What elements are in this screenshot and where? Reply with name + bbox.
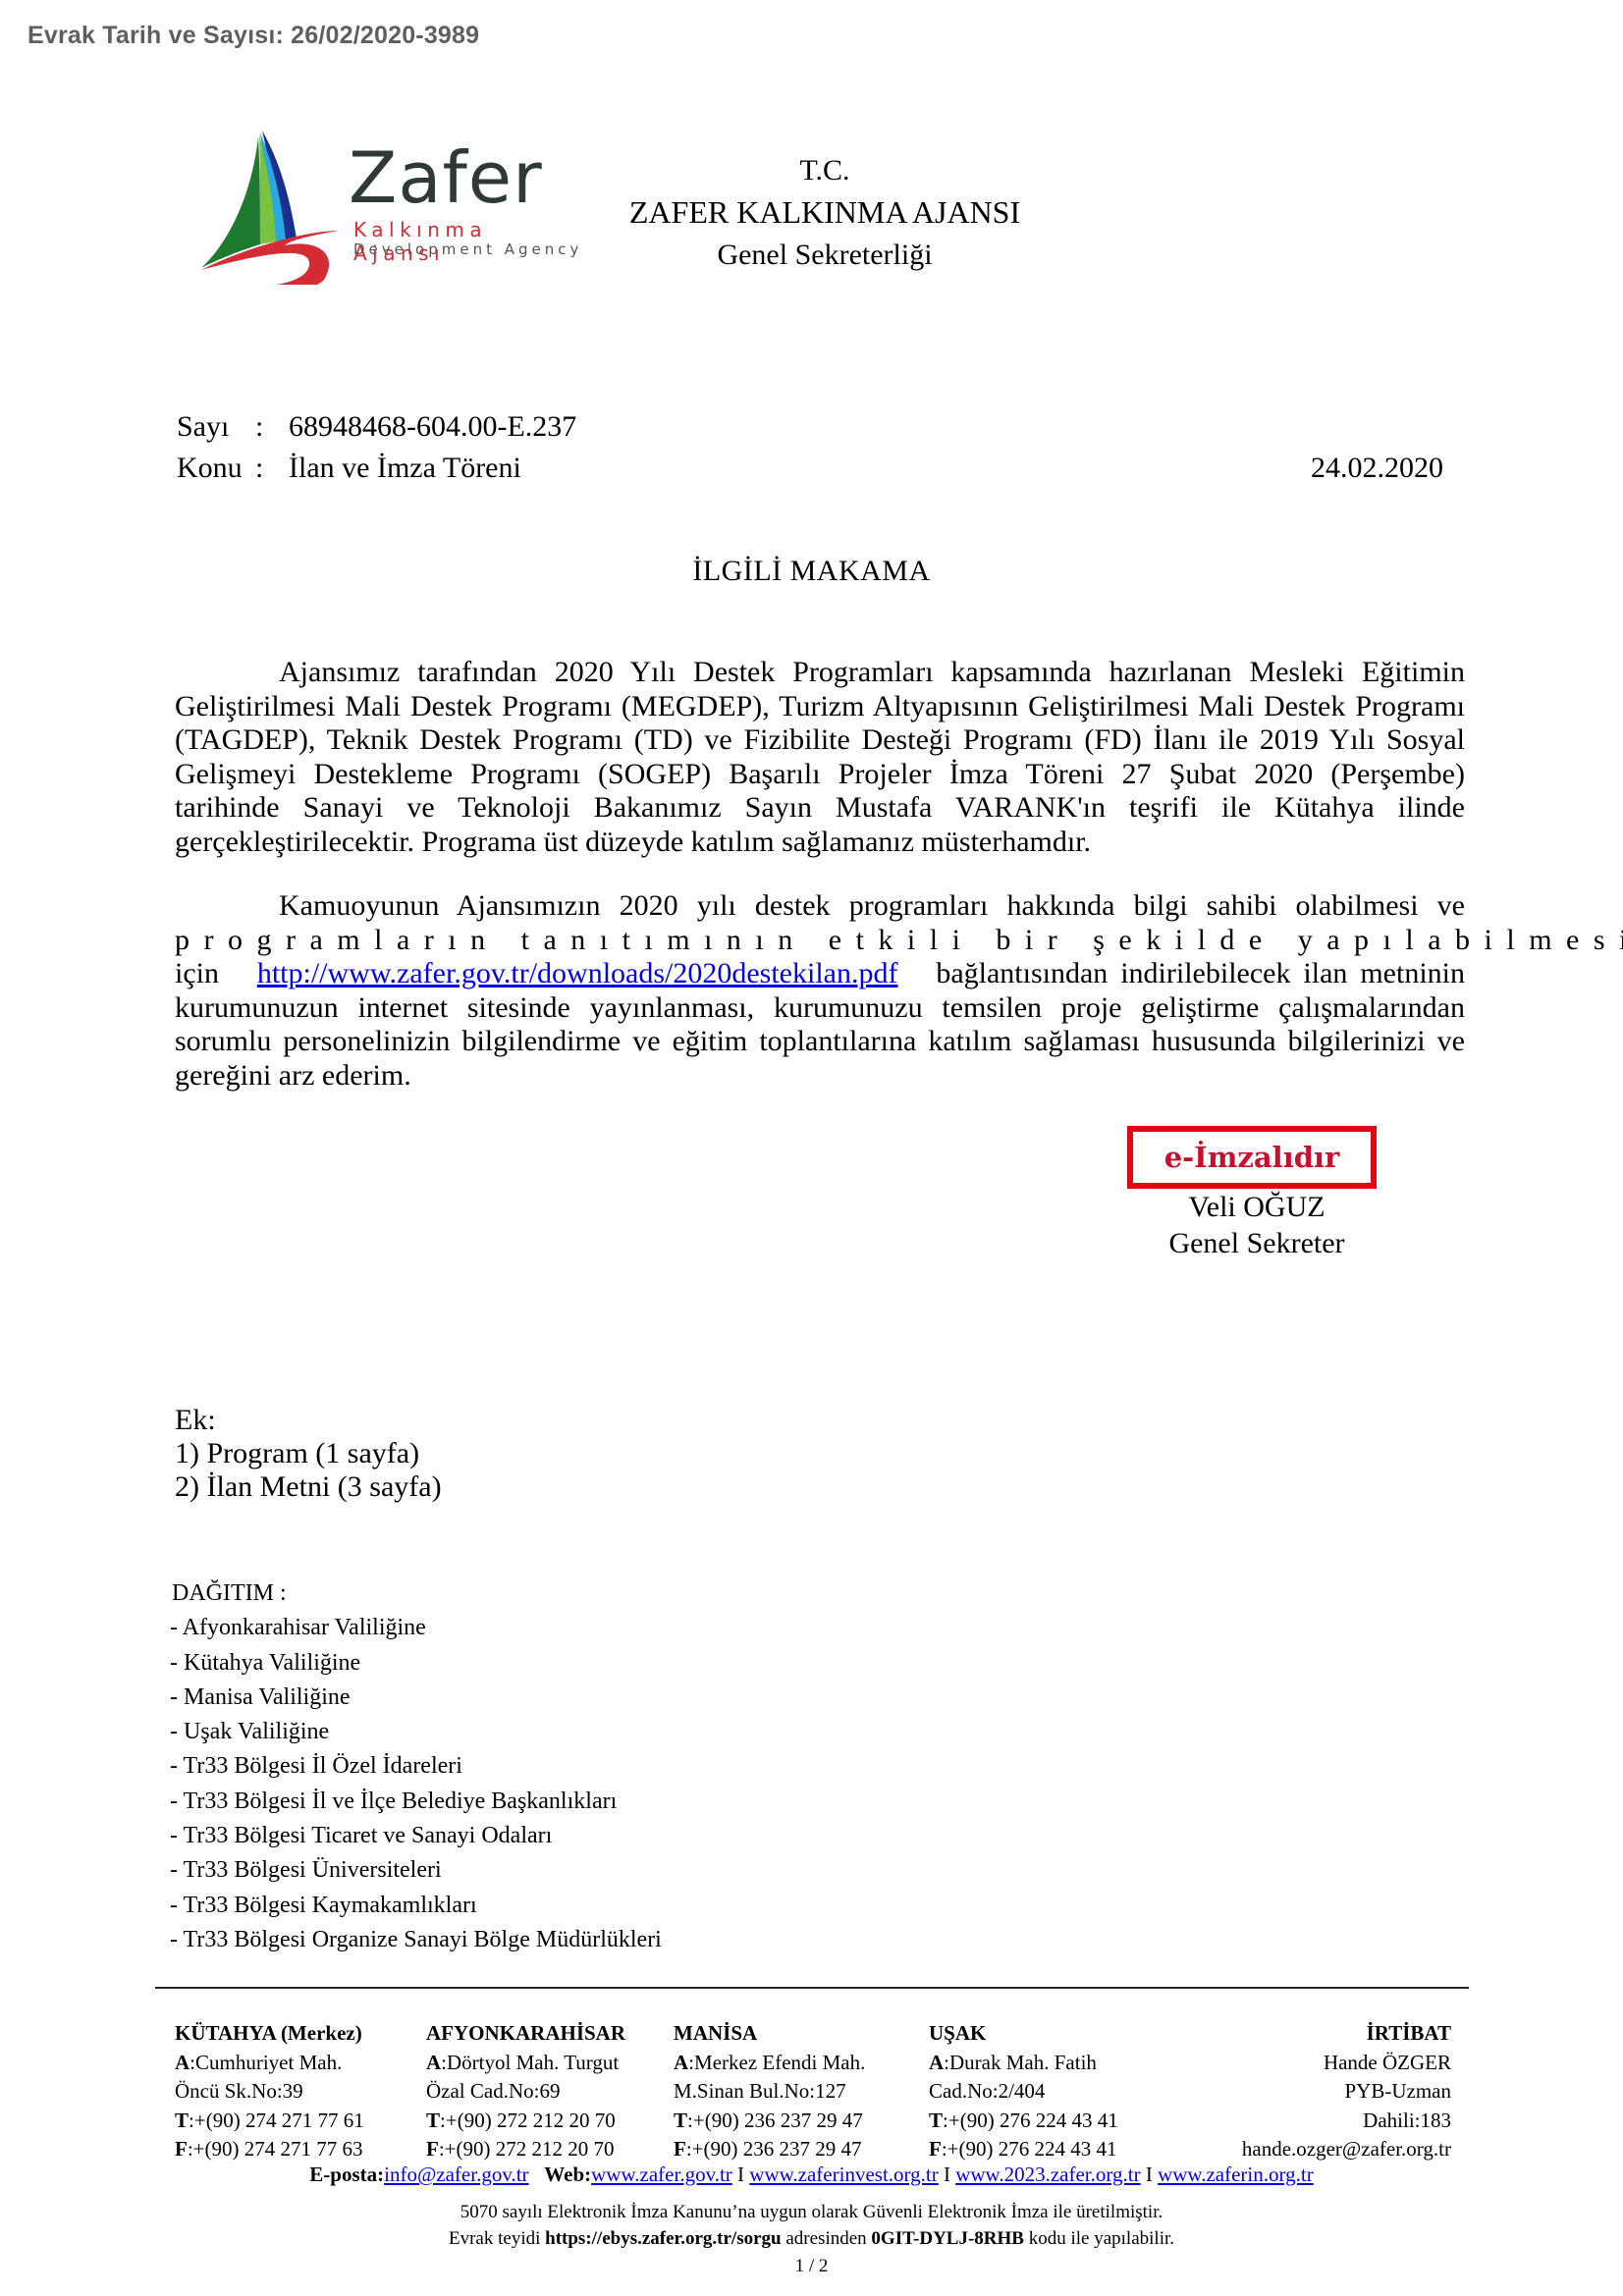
- distribution-list: DAĞITIM : - Afyonkarahisar Valiliğine - …: [170, 1576, 662, 1957]
- sayi-colon: :: [255, 410, 289, 444]
- web-link[interactable]: www.2023.zafer.org.tr: [955, 2163, 1140, 2186]
- addressee-title: İLGİLİ MAKAMA: [0, 555, 1623, 588]
- signer-role: Genel Sekreter: [1119, 1227, 1394, 1260]
- office-phone: +(90) 274 271 77 61: [194, 2109, 364, 2132]
- logo-subtitle-en: Development Agency: [353, 240, 582, 258]
- p2-line: programların tanıtımının etkili bir şeki…: [175, 924, 1465, 958]
- office-usak: UŞAK A:Durak Mah. Fatih Cad.No:2/404 T:+…: [929, 2019, 1118, 2164]
- e-signature-badge: e-İmzalıdır: [1127, 1126, 1377, 1189]
- office-address: M.Sinan Bul.No:127: [674, 2077, 865, 2107]
- office-phone: +(90) 276 224 43 41: [948, 2109, 1118, 2132]
- konu-label: Konu: [177, 452, 255, 485]
- signer-name: Veli OĞUZ: [1119, 1191, 1394, 1224]
- attachment-item: 2) İlan Metni (3 sayfa): [175, 1470, 442, 1504]
- web-label: Web:: [544, 2163, 591, 2186]
- zafer-logo: Zafer Kalkınma Ajansı Development Agency: [191, 123, 584, 285]
- office-name: AFYONKARAHİSAR: [426, 2021, 625, 2045]
- header-tc: T.C.: [589, 154, 1060, 187]
- konu-colon: :: [255, 452, 289, 485]
- body-paragraph-1: Ajansımız tarafından 2020 Yılı Destek Pr…: [175, 656, 1465, 859]
- body-paragraph-2: Kamuoyunun Ajansımızın 2020 yılı destek …: [175, 889, 1465, 1093]
- document-date: 24.02.2020: [1311, 452, 1443, 485]
- e-signature-legal-note: 5070 sayılı Elektronik İmza Kanunu’na uy…: [0, 2202, 1623, 2223]
- office-fax: +(90) 276 224 43 41: [947, 2137, 1117, 2161]
- sayi-label: Sayı: [177, 410, 255, 444]
- web-link[interactable]: www.zaferin.org.tr: [1158, 2163, 1314, 2186]
- p1-line: Gelişmeyi Destekleme Programı (SOGEP) Ba…: [175, 758, 1465, 792]
- announcement-pdf-link[interactable]: http://www.zafer.gov.tr/downloads/2020de…: [257, 957, 898, 989]
- office-address: Dörtyol Mah. Turgut: [447, 2051, 619, 2074]
- contact-extension: Dahili:183: [1242, 2107, 1451, 2136]
- document-date-number-stamp: Evrak Tarih ve Sayısı: 26/02/2020-3989: [27, 22, 479, 50]
- footer-divider: [155, 1987, 1469, 1989]
- sayi-value: 68948468-604.00-E.237: [289, 410, 576, 443]
- office-phone: +(90) 236 237 29 47: [693, 2109, 863, 2132]
- office-name: KÜTAHYA (Merkez): [175, 2021, 362, 2045]
- page-number: 1 / 2: [0, 2256, 1623, 2277]
- distribution-item: - Afyonkarahisar Valiliğine: [170, 1611, 662, 1645]
- contact-email: hande.ozger@zafer.org.tr: [1242, 2135, 1451, 2164]
- office-fax: +(90) 274 271 77 63: [193, 2137, 363, 2161]
- p1-line: tarihinde Sanayi ve Teknoloji Bakanımız …: [175, 791, 1465, 826]
- p1-line: (TAGDEP), Teknik Destek Programı (TD) ve…: [175, 723, 1465, 758]
- p2-line: için http://www.zafer.gov.tr/downloads/2…: [175, 957, 1465, 991]
- distribution-item: - Tr33 Bölgesi Üniversiteleri: [170, 1853, 662, 1888]
- office-name: UŞAK: [929, 2021, 986, 2045]
- p1-line: gerçekleştirilecektir. Programa üst düze…: [175, 826, 1465, 860]
- p2-line: Kamuoyunun Ajansımızın 2020 yılı destek …: [175, 889, 1465, 924]
- email-link[interactable]: info@zafer.gov.tr: [384, 2163, 528, 2186]
- header-department: Genel Sekreterliği: [589, 239, 1060, 272]
- p2-line: kurumunuzun internet sitesinde yayınlanm…: [175, 991, 1465, 1026]
- distribution-item: - Uşak Valiliğine: [170, 1715, 662, 1749]
- p2-line: sorumlu personelinizin bilgilendirme ve …: [175, 1025, 1465, 1059]
- distribution-item: - Tr33 Bölgesi Kaymakamlıkları: [170, 1889, 662, 1923]
- contact-title: PYB-Uzman: [1242, 2077, 1451, 2107]
- office-address: Öncü Sk.No:39: [175, 2077, 364, 2107]
- office-address: Merkez Efendi Mah.: [694, 2051, 865, 2074]
- web-link[interactable]: www.zafer.gov.tr: [591, 2163, 732, 2186]
- office-address: Özal Cad.No:69: [426, 2077, 625, 2107]
- header-agency: ZAFER KALKINMA AJANSI: [589, 194, 1060, 231]
- verification-code: 0GIT-DYLJ-8RHB: [871, 2228, 1024, 2249]
- verification-url[interactable]: https://ebys.zafer.org.tr/sorgu: [545, 2228, 781, 2249]
- office-manisa: MANİSA A:Merkez Efendi Mah. M.Sinan Bul.…: [674, 2019, 865, 2164]
- distribution-item: - Tr33 Bölgesi İl ve İlçe Belediye Başka…: [170, 1785, 662, 1819]
- distribution-label: DAĞITIM :: [172, 1576, 662, 1611]
- distribution-item: - Tr33 Bölgesi Organize Sanayi Bölge Müd…: [170, 1923, 662, 1957]
- office-address: Durak Mah. Fatih: [949, 2051, 1097, 2074]
- distribution-item: - Tr33 Bölgesi İl Özel İdareleri: [170, 1749, 662, 1784]
- office-address: Cad.No:2/404: [929, 2077, 1118, 2107]
- meta-konu: Konu:İlan ve İmza Töreni: [177, 452, 521, 485]
- contact-person: İRTİBAT Hande ÖZGER PYB-Uzman Dahili:183…: [1242, 2019, 1451, 2164]
- email-label: E-posta:: [309, 2163, 384, 2186]
- distribution-item: - Kütahya Valiliğine: [170, 1646, 662, 1681]
- footer-contact-line: E-posta:info@zafer.gov.tr Web:www.zafer.…: [0, 2163, 1623, 2187]
- office-kutahya: KÜTAHYA (Merkez) A:Cumhuriyet Mah. Öncü …: [175, 2019, 364, 2164]
- attachment-item: 1) Program (1 sayfa): [175, 1437, 442, 1470]
- verification-note: Evrak teyidi https://ebys.zafer.org.tr/s…: [0, 2228, 1623, 2250]
- office-phone: +(90) 272 212 20 70: [446, 2109, 616, 2132]
- contact-label: İRTİBAT: [1367, 2021, 1451, 2045]
- distribution-item: - Tr33 Bölgesi Ticaret ve Sanayi Odaları: [170, 1819, 662, 1853]
- office-fax: +(90) 272 212 20 70: [445, 2137, 615, 2161]
- office-afyonkarahisar: AFYONKARAHİSAR A:Dörtyol Mah. Turgut Öza…: [426, 2019, 625, 2164]
- office-name: MANİSA: [674, 2021, 757, 2045]
- p1-line: Ajansımız tarafından 2020 Yılı Destek Pr…: [175, 656, 1465, 690]
- meta-sayi: Sayı:68948468-604.00-E.237: [177, 410, 576, 444]
- p1-line: Geliştirilmesi Mali Destek Programı (MEG…: [175, 690, 1465, 724]
- office-address: Cumhuriyet Mah.: [195, 2051, 342, 2074]
- office-fax: +(90) 236 237 29 47: [692, 2137, 862, 2161]
- attachments-label: Ek:: [175, 1404, 442, 1437]
- sail-flame-icon: [191, 123, 349, 285]
- logo-wordmark: Zafer: [349, 142, 543, 213]
- contact-name: Hande ÖZGER: [1242, 2049, 1451, 2078]
- p2-line: gereğini arz ederim.: [175, 1059, 1465, 1094]
- web-link[interactable]: www.zaferinvest.org.tr: [749, 2163, 938, 2186]
- konu-value: İlan ve İmza Töreni: [289, 452, 521, 484]
- distribution-item: - Manisa Valiliğine: [170, 1681, 662, 1715]
- attachments: Ek: 1) Program (1 sayfa) 2) İlan Metni (…: [175, 1404, 442, 1504]
